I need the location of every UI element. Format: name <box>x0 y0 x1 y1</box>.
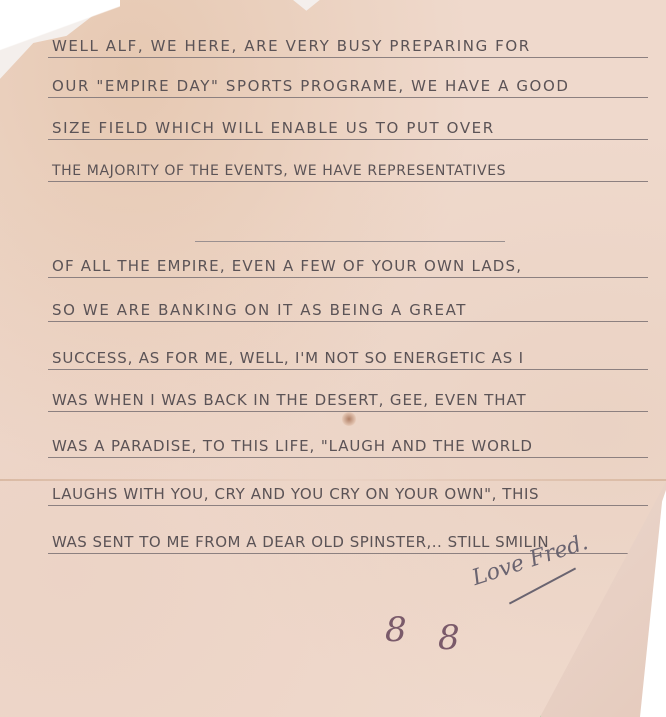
letter-line-4: the majority of the events, we have repr… <box>48 142 648 182</box>
letter-line-2: our "Empire Day" Sports programe, we hav… <box>48 58 648 98</box>
letter-text: Well Alf, we here, are very busy prepari… <box>52 37 531 55</box>
letter-text: success, as for me, well, I'm not so ene… <box>52 349 524 367</box>
letter-text: size field which will enable us to put o… <box>52 119 495 137</box>
letter-line-3: size field which will enable us to put o… <box>48 100 648 140</box>
letter-line-1: Well Alf, we here, are very busy prepari… <box>48 18 648 58</box>
letter-text: laughs with you, cry and you cry on your… <box>52 485 539 503</box>
letter-text: the majority of the events, we have repr… <box>52 163 506 179</box>
letter-text: of all the Empire, even a few of your ow… <box>52 257 522 275</box>
letter-line-8: was when I was back in the desert, gee, … <box>48 372 648 412</box>
letter-text: our "Empire Day" Sports programe, we hav… <box>52 77 570 95</box>
page-number: 8 <box>385 610 407 650</box>
letter-line-10: laughs with you, cry and you cry on your… <box>48 466 648 506</box>
letter-line-7: success, as for me, well, I'm not so ene… <box>48 330 648 370</box>
letter-line-9: was a paradise, to this life, "Laugh and… <box>48 418 648 458</box>
letter-text: so we are banking on it as being a great <box>52 301 467 319</box>
letter-line-5: of all the Empire, even a few of your ow… <box>48 238 648 278</box>
letter-text: was a paradise, to this life, "Laugh and… <box>52 437 533 455</box>
letter-text: was sent to me from a dear old spinster,… <box>52 533 549 551</box>
page-number: 8 <box>438 618 460 658</box>
letter-text: was when I was back in the desert, gee, … <box>52 391 527 409</box>
letter-line-6: so we are banking on it as being a great <box>48 282 648 322</box>
